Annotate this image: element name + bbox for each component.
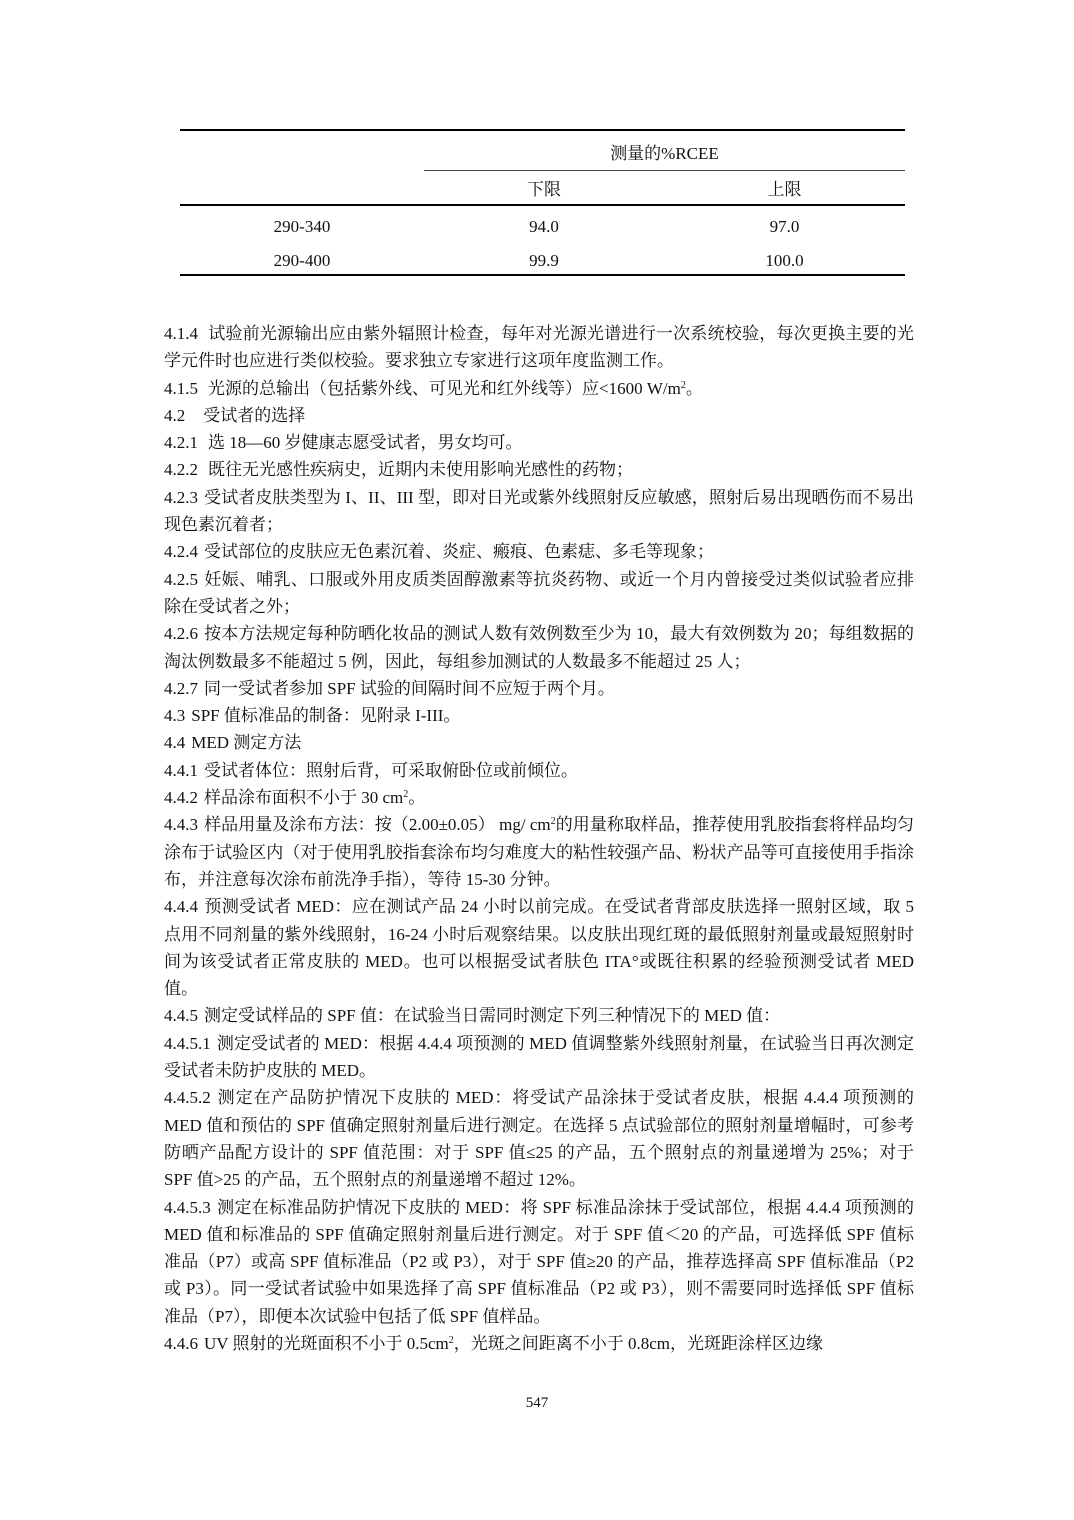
clause-4-2-7: 4.2.7同一受试者参加 SPF 试验的间隔时间不应短于两个月。 [164, 675, 914, 702]
clause-text: 光源的总输出（包括紫外线、可见光和红外线等）应<1600 W/m [208, 379, 681, 398]
clause-number: 4.1.5 [164, 379, 198, 398]
clause-text: 受试者体位：照射后背，可采取俯卧位或前倾位。 [204, 761, 578, 780]
clause-text-tail: 。 [408, 788, 425, 807]
clause-4-2-6: 4.2.6按本方法规定每种防晒化妆品的测试人数有效例数至少为 10，最大有效例数… [164, 620, 914, 675]
clause-number: 4.2.4 [164, 542, 198, 561]
clause-number: 4.2.1 [164, 433, 198, 452]
clause-text: 测定受试样品的 SPF 值：在试验当日需同时测定下列三种情况下的 MED 值： [204, 1006, 780, 1025]
clause-number: 4.2 [164, 406, 185, 425]
clause-text: 测定在产品防护情况下皮肤的 MED：将受试产品涂抹于受试者皮肤，根据 4.4.4… [164, 1088, 914, 1189]
table-cell-lower: 94.0 [424, 217, 664, 237]
table-cell-range: 290-340 [180, 217, 424, 237]
clause-text: 受试部位的皮肤应无色素沉着、炎症、瘢痕、色素痣、多毛等现象； [204, 542, 714, 561]
clause-number: 4.4.2 [164, 788, 198, 807]
clause-4-2-3: 4.2.3受试者皮肤类型为 I、II、III 型，即对日光或紫外线照射反应敏感，… [164, 484, 914, 539]
clause-text: 样品用量及涂布方法：按（2.00±0.05） mg/ cm [204, 815, 551, 834]
clause-number: 4.2.5 [164, 570, 198, 589]
clause-4-4-6: 4.4.6UV 照射的光斑面积不小于 0.5cm2，光斑之间距离不小于 0.8c… [164, 1330, 914, 1357]
clause-4-2-4: 4.2.4受试部位的皮肤应无色素沉着、炎症、瘢痕、色素痣、多毛等现象； [164, 538, 914, 565]
clause-4-2-5: 4.2.5妊娠、哺乳、口服或外用皮质类固醇激素等抗炎药物、或近一个月内曾接受过类… [164, 566, 914, 621]
clause-text: 样品涂布面积不小于 30 cm [204, 788, 403, 807]
clause-text: 试验前光源输出应由紫外辐照计检查，每年对光源光谱进行一次系统校验，每次更换主要的… [164, 324, 914, 370]
clause-text: UV 照射的光斑面积不小于 0.5cm [204, 1334, 449, 1353]
table-header-upper: 上限 [664, 180, 905, 200]
clause-number: 4.4 [164, 733, 185, 752]
clause-4-4-5-3: 4.4.5.3测定在标准品防护情况下皮肤的 MED：将 SPF 标准品涂抹于受试… [164, 1194, 914, 1330]
page-number: 547 [0, 1395, 1074, 1412]
clause-number: 4.4.5.3 [164, 1198, 211, 1217]
clause-text: 测定在标准品防护情况下皮肤的 MED：将 SPF 标准品涂抹于受试部位，根据 4… [164, 1198, 914, 1326]
table-top-rule [180, 129, 905, 131]
table-cell-range: 290-400 [180, 251, 424, 271]
clause-text: 同一受试者参加 SPF 试验的间隔时间不应短于两个月。 [204, 679, 615, 698]
clause-text: SPF 值标准品的制备：见附录 I-III。 [191, 706, 460, 725]
clause-text: 测定受试者的 MED：根据 4.4.4 项预测的 MED 值调整紫外线照射剂量，… [164, 1034, 914, 1080]
clause-number: 4.1.4 [164, 324, 198, 343]
table-header-lower: 下限 [424, 180, 664, 200]
clause-text: 既往无光感性疾病史，近期内未使用影响光感性的药物； [208, 460, 633, 479]
clause-4-1-5: 4.1.5光源的总输出（包括紫外线、可见光和红外线等）应<1600 W/m2。 [164, 375, 914, 402]
clause-text: 受试者的选择 [203, 406, 305, 425]
body-text: 4.1.4试验前光源输出应由紫外辐照计检查，每年对光源光谱进行一次系统校验，每次… [164, 320, 914, 1357]
document-page: 测量的%RCEE 下限 上限 290-340 94.0 97.0 290-400… [0, 0, 1074, 1520]
clause-text: 预测受试者 MED：应在测试产品 24 小时以前完成。在受试者背部皮肤选择一照射… [164, 897, 914, 998]
clause-text: 受试者皮肤类型为 I、II、III 型，即对日光或紫外线照射反应敏感，照射后易出… [164, 488, 914, 534]
clause-text: 按本方法规定每种防晒化妆品的测试人数有效例数至少为 10，最大有效例数为 20；… [164, 624, 914, 670]
clause-number: 4.4.3 [164, 815, 198, 834]
clause-text: 选 18—60 岁健康志愿受试者，男女均可。 [208, 433, 523, 452]
clause-4-3: 4.3SPF 值标准品的制备：见附录 I-III。 [164, 702, 914, 729]
clause-number: 4.4.6 [164, 1334, 198, 1353]
clause-4-4-4: 4.4.4预测受试者 MED：应在测试产品 24 小时以前完成。在受试者背部皮肤… [164, 893, 914, 1002]
clause-number: 4.4.5.1 [164, 1034, 211, 1053]
clause-number: 4.2.2 [164, 460, 198, 479]
clause-4-4-1: 4.4.1受试者体位：照射后背，可采取俯卧位或前倾位。 [164, 757, 914, 784]
clause-4-4-3: 4.4.3样品用量及涂布方法：按（2.00±0.05） mg/ cm2的用量称取… [164, 811, 914, 893]
clause-4-4: 4.4MED 测定方法 [164, 729, 914, 756]
clause-number: 4.2.7 [164, 679, 198, 698]
clause-4-1-4: 4.1.4试验前光源输出应由紫外辐照计检查，每年对光源光谱进行一次系统校验，每次… [164, 320, 914, 375]
clause-number: 4.3 [164, 706, 185, 725]
clause-number: 4.2.3 [164, 488, 198, 507]
table-cell-upper: 100.0 [664, 251, 905, 271]
clause-4-2-1: 4.2.1选 18—60 岁健康志愿受试者，男女均可。 [164, 429, 914, 456]
clause-number: 4.4.5 [164, 1006, 198, 1025]
clause-number: 4.4.4 [164, 897, 198, 916]
clause-number: 4.4.5.2 [164, 1088, 211, 1107]
table-group-header: 测量的%RCEE [424, 144, 905, 164]
clause-4-4-5-1: 4.4.5.1测定受试者的 MED：根据 4.4.4 项预测的 MED 值调整紫… [164, 1030, 914, 1085]
section-heading-4-2: 4.2受试者的选择 [164, 402, 914, 429]
clause-text-tail: ，光斑之间距离不小于 0.8cm，光斑距涂样区边缘 [454, 1334, 823, 1353]
clause-4-4-5: 4.4.5测定受试样品的 SPF 值：在试验当日需同时测定下列三种情况下的 ME… [164, 1002, 914, 1029]
table-cell-upper: 97.0 [664, 217, 905, 237]
clause-number: 4.2.6 [164, 624, 198, 643]
clause-text-tail: 。 [686, 379, 703, 398]
clause-text: 妊娠、哺乳、口服或外用皮质类固醇激素等抗炎药物、或近一个月内曾接受过类似试验者应… [164, 570, 914, 616]
table-group-rule [424, 170, 905, 171]
clause-4-2-2: 4.2.2既往无光感性疾病史，近期内未使用影响光感性的药物； [164, 456, 914, 483]
clause-number: 4.4.1 [164, 761, 198, 780]
table-header-rule [180, 204, 905, 206]
table-cell-lower: 99.9 [424, 251, 664, 271]
clause-4-4-2: 4.4.2样品涂布面积不小于 30 cm2。 [164, 784, 914, 811]
clause-4-4-5-2: 4.4.5.2测定在产品防护情况下皮肤的 MED：将受试产品涂抹于受试者皮肤，根… [164, 1084, 914, 1193]
clause-text: MED 测定方法 [191, 733, 301, 752]
table-bottom-rule [180, 274, 905, 276]
